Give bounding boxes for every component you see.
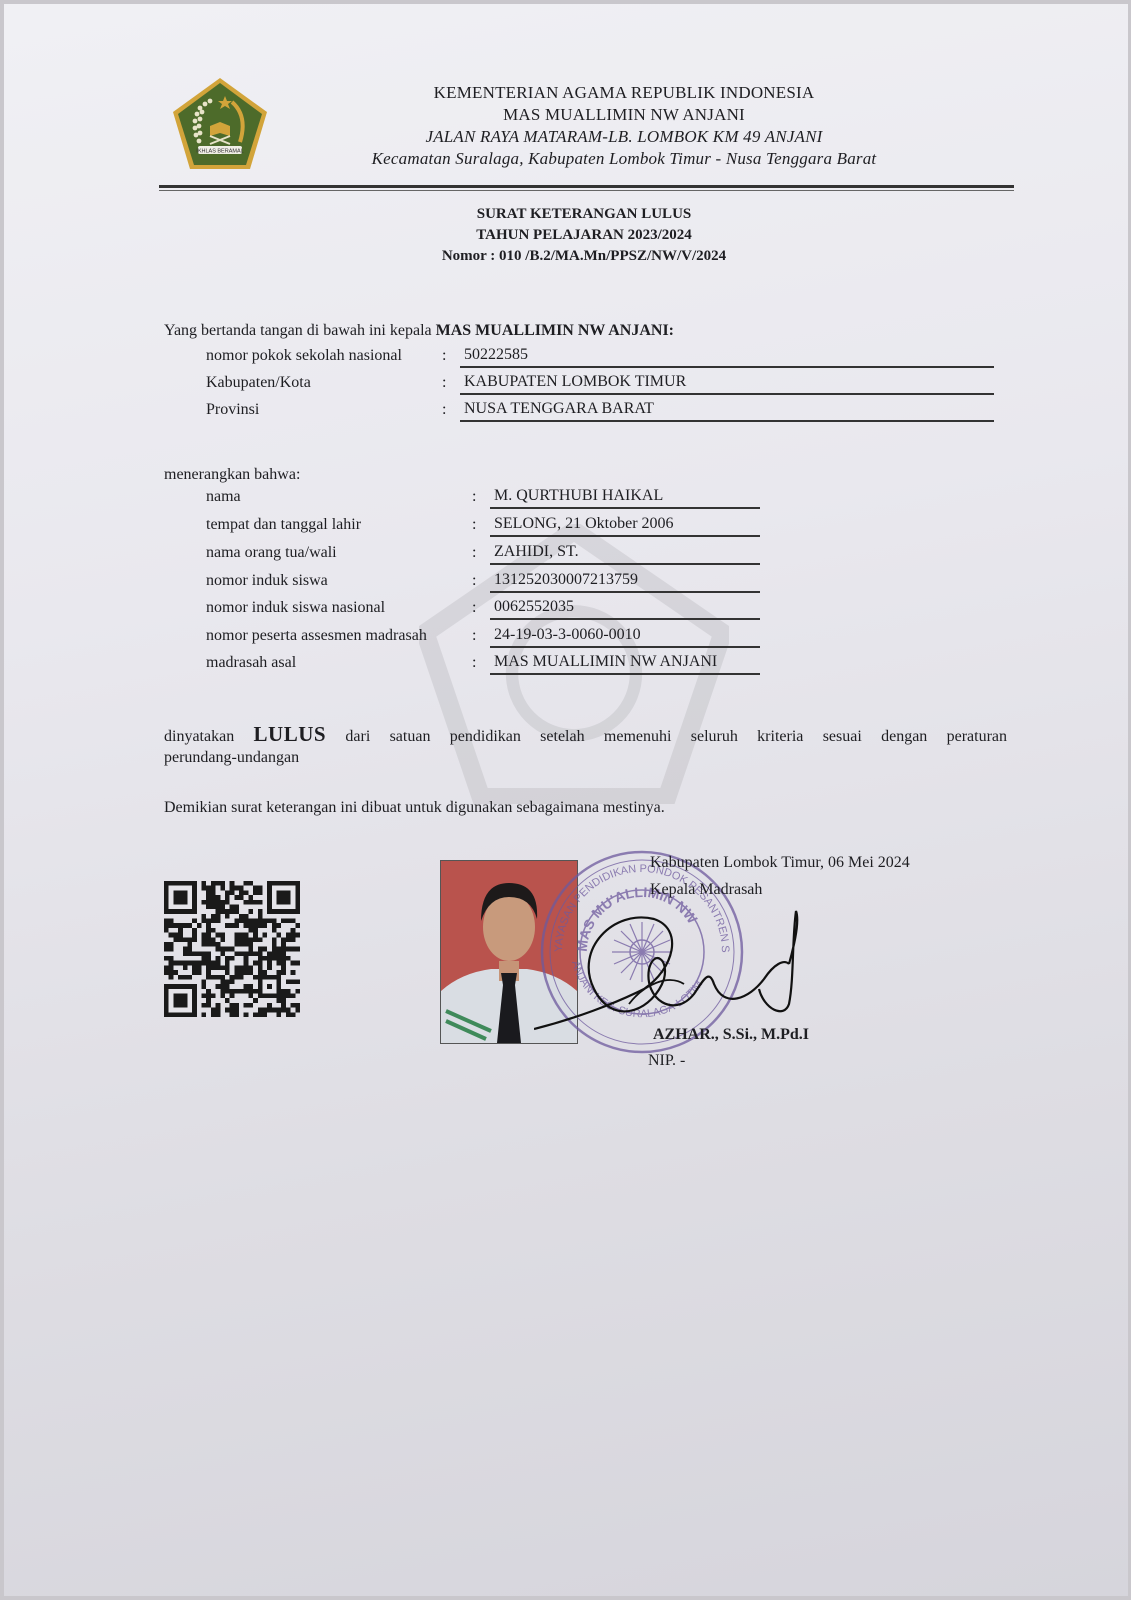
field-label: tempat dan tanggal lahir	[206, 513, 361, 537]
intro-school: MAS MUALLIMIN NW ANJANI:	[436, 322, 674, 339]
field-label: madrasah asal	[206, 651, 296, 675]
school-district: Kecamatan Suralaga, Kabupaten Lombok Tim…	[344, 148, 904, 170]
field-label: nomor induk siswa nasional	[206, 596, 385, 620]
ministry-name: KEMENTERIAN AGAMA REPUBLIK INDONESIA	[344, 82, 904, 104]
school-address: JALAN RAYA MATARAM-LB. LOMBOK KM 49 ANJA…	[344, 126, 904, 148]
title-year: TAHUN PELAJARAN 2023/2024	[344, 225, 824, 246]
field-value: ZAHIDI, ST.	[490, 541, 760, 565]
field-value: M. QURTHUBI HAIKAL	[490, 485, 760, 509]
letterhead-divider-thin	[159, 190, 1014, 191]
field-value: NUSA TENGGARA BARAT	[460, 398, 994, 422]
letterhead: KEMENTERIAN AGAMA REPUBLIK INDONESIA MAS…	[344, 82, 904, 170]
intro-paragraph: Yang bertanda tangan di bawah ini kepala…	[164, 322, 674, 340]
graduation-statement: dinyatakan LULUS dari satuan pendidikan …	[164, 722, 1007, 749]
field-value: 50222585	[460, 344, 994, 368]
field-label: nama	[206, 485, 241, 509]
menerangkan-label: menerangkan bahwa:	[164, 466, 300, 484]
field-value: 131252030007213759	[490, 569, 760, 593]
field-value: MAS MUALLIMIN NW ANJANI	[490, 651, 760, 675]
letterhead-divider	[159, 185, 1014, 188]
field-label: nomor pokok sekolah nasional	[206, 344, 402, 368]
signer-name: AZHAR., S.Si., M.Pd.I	[653, 1026, 809, 1044]
document-page: IKHLAS BERAMAL KEMENTERIAN AGAMA REPUBLI…	[4, 4, 1128, 1596]
field-label: nomor peserta assesmen madrasah	[206, 624, 427, 648]
status-lulus: LULUS	[254, 722, 327, 746]
signer-nip: NIP. -	[648, 1052, 685, 1070]
field-value: 0062552035	[490, 596, 760, 620]
qr-code-icon	[164, 881, 300, 1017]
letter-number: Nomor : 010 /B.2/MA.Mn/PPSZ/NW/V/2024	[344, 246, 824, 267]
field-label: nomor induk siswa	[206, 569, 328, 593]
field-value: KABUPATEN LOMBOK TIMUR	[460, 371, 994, 395]
intro-text: Yang bertanda tangan di bawah ini kepala	[164, 322, 432, 339]
field-label: Kabupaten/Kota	[206, 371, 311, 395]
signer-position: Kepala Madrasah	[650, 881, 762, 899]
title-heading: SURAT KETERANGAN LULUS	[344, 204, 824, 225]
place-date: Kabupaten Lombok Timur, 06 Mei 2024	[650, 854, 910, 872]
svg-text:IKHLAS BERAMAL: IKHLAS BERAMAL	[196, 149, 243, 155]
school-name: MAS MUALLIMIN NW ANJANI	[344, 104, 904, 126]
field-value: 24-19-03-3-0060-0010	[490, 624, 760, 648]
closing-sentence: Demikian surat keterangan ini dibuat unt…	[164, 799, 665, 817]
field-label: Provinsi	[206, 398, 259, 422]
field-value: SELONG, 21 Oktober 2006	[490, 513, 760, 537]
graduation-statement-line2: perundang-undangan	[164, 746, 299, 770]
kementerian-agama-logo-icon: IKHLAS BERAMAL	[170, 76, 270, 172]
field-label: nama orang tua/wali	[206, 541, 337, 565]
document-title: SURAT KETERANGAN LULUS TAHUN PELAJARAN 2…	[344, 204, 824, 267]
